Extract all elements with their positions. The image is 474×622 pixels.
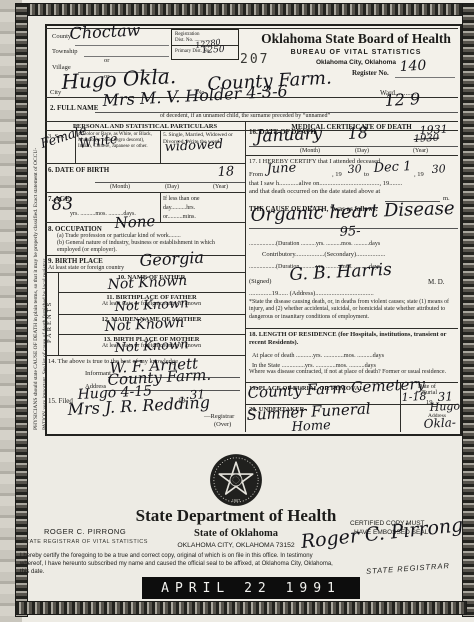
rule-11 (58, 292, 245, 293)
border-bottom (15, 601, 467, 615)
age-less-2: day..........hrs. (163, 205, 195, 212)
from-label: From (249, 171, 263, 179)
band-top-rule (45, 121, 458, 122)
race-marital-divider (160, 130, 161, 163)
age-divider (160, 192, 161, 222)
rule-13 (58, 334, 245, 335)
md-label: M. D. (428, 278, 445, 286)
border-left (15, 3, 28, 617)
year2-hw: 30 (431, 163, 446, 175)
full-name-note: of decedent, if an unnamed child, the su… (90, 113, 400, 120)
full-name-numbers: 12 9 (384, 91, 420, 109)
burial-date-hw1: 1-18 (401, 391, 426, 403)
over-label: (Over) (214, 421, 231, 429)
year1-hw: 30 (347, 163, 362, 175)
primary-dist-value: 1250 (202, 46, 225, 56)
year1-pre: , 19 (332, 171, 342, 179)
birthplace-value: Georgia (139, 250, 204, 269)
dod-month-value: January (255, 126, 323, 146)
to-label: to (364, 171, 369, 179)
register-line (395, 77, 455, 78)
parents-label: PARENTS (46, 288, 54, 343)
state-line: State of Oklahoma (150, 528, 322, 539)
oklahoma-state-seal-icon: 1907 (209, 453, 263, 507)
rule-age-top (45, 192, 245, 193)
rule-17-top (245, 155, 458, 156)
occurred-line: and that death occurred on the date stat… (249, 188, 380, 196)
rule-12 (58, 314, 245, 315)
rule-14 (45, 355, 245, 356)
death-certificate-scan: PHYSICIANS should state CAUSE OF DEATH i… (0, 0, 474, 622)
township-line (84, 56, 169, 57)
cause-footnote: *State the disease causing death, or, in… (249, 299, 456, 321)
father-bp-value: Not Known (114, 297, 189, 314)
rule-parents-top (45, 272, 245, 273)
dept-title: State Department of Health (90, 506, 382, 526)
register-no-value: 140 (399, 59, 426, 74)
dob-month-label: (Month) (110, 184, 130, 191)
father-name-value: Not Known (107, 274, 187, 292)
border-right (462, 3, 474, 617)
from-value: June (266, 161, 296, 176)
svg-text:1907: 1907 (232, 498, 241, 503)
dob-year-label: (Year) (213, 184, 228, 191)
dob-day-label: (Day) (165, 184, 179, 191)
dob-line (95, 182, 245, 183)
signed-label: (Signed) (249, 278, 271, 286)
margin-note-line1: PHYSICIANS should state CAUSE OF DEATH i… (33, 148, 40, 430)
okc-line: Oklahoma City, Oklahoma (252, 59, 460, 66)
full-name-label: 2. FULL NAME (50, 104, 98, 112)
or-label-1: or (104, 57, 109, 65)
bureau-line: BUREAU OF VITAL STATISTICS (252, 49, 460, 56)
at-place-line: At place of death ...........yrs. ......… (252, 352, 384, 359)
undertaker-addr-hw1: Hugo (429, 400, 460, 413)
city-label: City (50, 89, 61, 97)
address-line: ..............19...... (Address)........… (249, 290, 374, 298)
county-value: Choctaw (69, 22, 141, 42)
certification-text: I hereby certify the foregoing to be a t… (20, 553, 335, 576)
registrar-label: —Registrar (204, 413, 234, 421)
marital-value: widowed (164, 138, 223, 154)
residence-label: 18. LENGTH OF RESIDENCE (for Hospitals, … (249, 331, 456, 347)
cause-note: 95- (339, 225, 361, 239)
township-label: Township (52, 48, 78, 56)
undertaker-addr-hw2: Okla- (423, 416, 456, 430)
dob-value: 18 (217, 165, 234, 179)
age-less-1: If less than one (163, 196, 200, 203)
county-line (75, 45, 169, 46)
register-no-label: Register No. (352, 69, 389, 77)
contributory: Contributory..................(Secondary… (262, 251, 385, 259)
board-title: Oklahoma State Board of Health (252, 31, 460, 47)
border-top (26, 3, 474, 16)
dob-label: 6. DATE OF BIRTH (48, 166, 109, 174)
rule-dob-top (45, 163, 245, 164)
occupation-value: None (114, 214, 155, 231)
to-value: Dec 1 (373, 160, 411, 175)
date-received-stamp: APRIL 22 1991 (142, 577, 360, 599)
mother-name-value: Not Known (104, 316, 184, 334)
registrar-title: STATE REGISTRAR OF VITAL STATISTICS (22, 539, 148, 545)
dod-line (249, 146, 458, 147)
mother-bp-value: Not Known (114, 338, 189, 355)
saw-line: that I saw h............alive on........… (249, 180, 402, 188)
dod-day-value: 18 (347, 125, 368, 142)
registration-box: Registration Dist. No. .............. 12… (171, 29, 239, 60)
registrar-name: ROGER C. PIRRONG (44, 527, 126, 536)
year2-pre: , 19 (414, 171, 424, 179)
undertaker-value2: Home (291, 419, 331, 434)
county-label: County (52, 33, 71, 41)
duration1: ..................(Duration ..........yr… (249, 241, 380, 248)
city-zip-line: OKLAHOMA CITY, OKLAHOMA 73152 (150, 542, 322, 549)
rule-18-top (245, 328, 458, 329)
age-less-3: or..........mins. (163, 214, 196, 221)
column-divider (245, 121, 246, 432)
dod-year-struck: 1930 (413, 134, 439, 145)
